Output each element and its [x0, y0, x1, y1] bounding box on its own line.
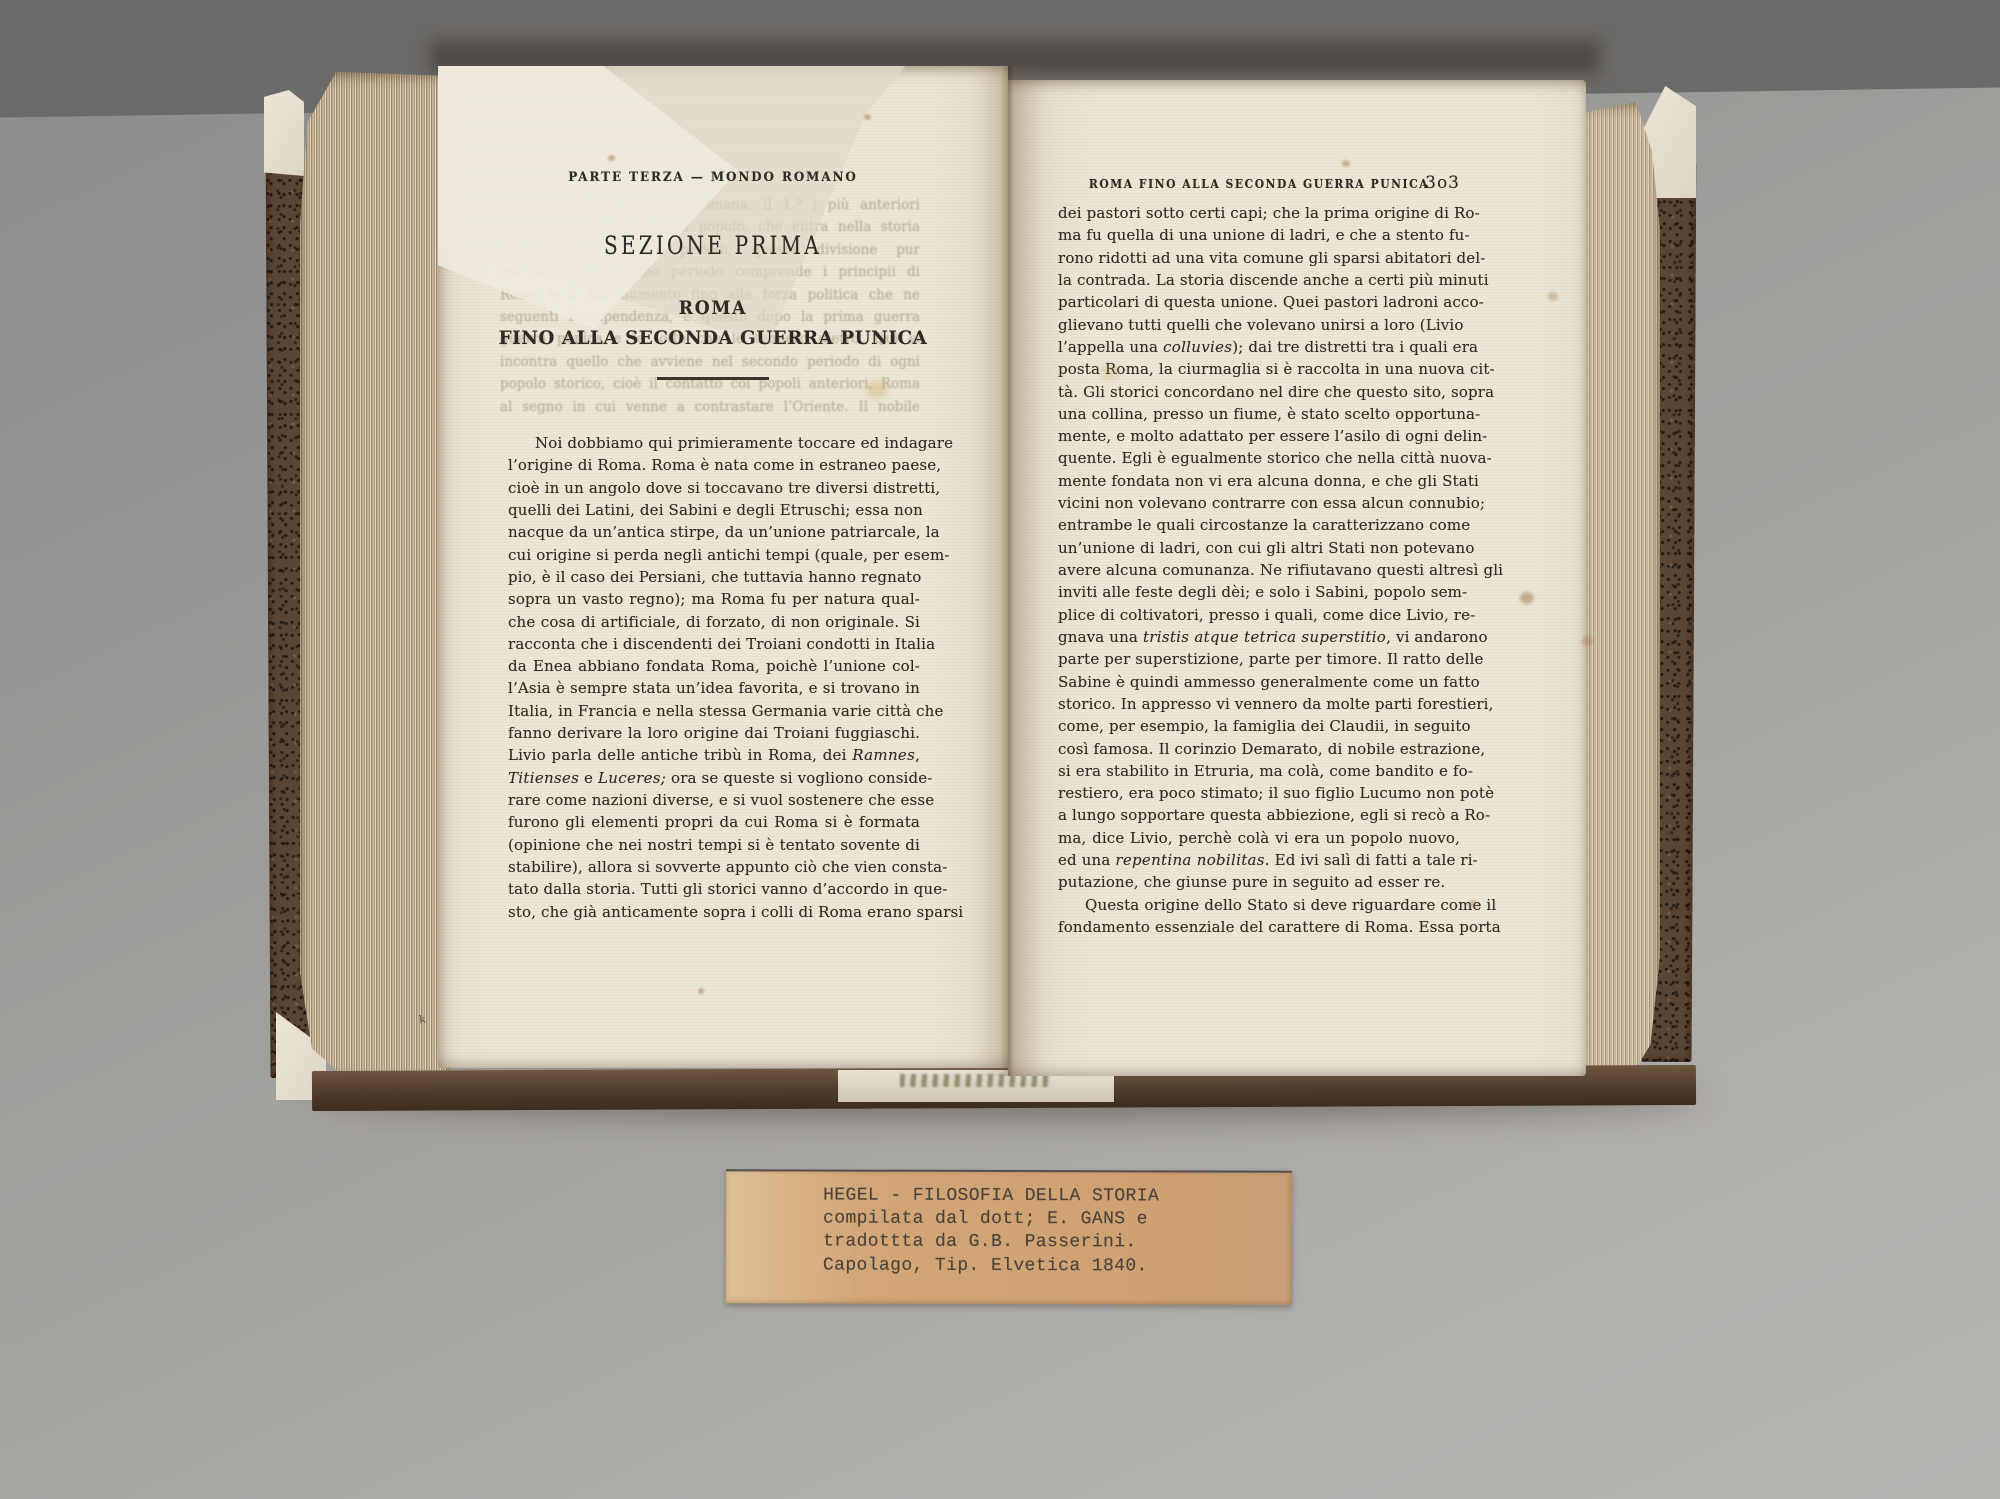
text-line: Titienses e Luceres; ora se queste si vo… [508, 767, 920, 789]
text-line: posta Roma, la ciurmaglia si è raccolta … [1058, 358, 1460, 380]
text-line: (opinione che nei nostri tempi si è tent… [508, 834, 920, 856]
text-line: la contrada. La storia discende anche a … [1058, 269, 1460, 291]
text-line: furono gli elementi propri da cui Roma s… [508, 811, 920, 833]
title-divider-rule [657, 377, 769, 380]
text-line: l’origine di Roma. Roma è nata come in e… [508, 454, 920, 476]
left-page: quali dividiamo la storia romana: il 1.º… [438, 66, 1008, 1068]
typed-catalog-label: HEGEL - FILOSOFIA DELLA STORIAcompilata … [726, 1169, 1292, 1304]
text-line: parte per superstizione, parte per timor… [1058, 648, 1460, 670]
running-header-left: PARTE TERZA — MONDO ROMANO [524, 170, 901, 185]
label-text-line: tradottta da G.B. Passerini. [823, 1231, 1159, 1255]
text-line: ma, dice Livio, perchè colà vi era un po… [1058, 827, 1460, 849]
text-line: fanno derivare la loro origine dai Troia… [508, 722, 920, 744]
text-line: inviti alle feste degli dèi; e solo i Sa… [1058, 581, 1460, 603]
text-line: ed una repentina nobilitas. Ed ivi salì … [1058, 849, 1460, 871]
show-through-line: al segno in cui venne a contrastare l’Or… [500, 396, 920, 418]
text-line: che cosa di artificiale, di forzato, di … [508, 611, 920, 633]
text-line: mente fondata non vi era alcuna donna, e… [1058, 470, 1460, 492]
running-header-right: ROMA FINO ALLA SECONDA GUERRA PUNICA 3o3 [1058, 176, 1460, 193]
text-line: Sabine è quindi ammesso generalmente com… [1058, 671, 1460, 693]
text-line: fondamento essenziale del carattere di R… [1058, 916, 1460, 938]
text-line: entrambe le quali circostanze la caratte… [1058, 514, 1460, 536]
text-line: a lungo sopportare questa abbiezione, eg… [1058, 804, 1460, 826]
text-line: da Enea abbiano fondata Roma, poichè l’u… [508, 655, 920, 677]
text-line: storico. In appresso vi vennero da molte… [1058, 693, 1460, 715]
right-page: ROMA FINO ALLA SECONDA GUERRA PUNICA 3o3… [1008, 80, 1586, 1076]
text-line: quelli dei Latini, dei Sabini e degli Et… [508, 499, 920, 521]
text-line: particolari di questa unione. Quei pasto… [1058, 291, 1460, 313]
right-page-text-column: dei pastori sotto certi capi; che la pri… [1058, 202, 1460, 938]
text-line: così famosa. Il corinzio Demarato, di no… [1058, 738, 1460, 760]
section-heading: SEZIONE PRIMA [493, 232, 933, 260]
label-text-line: Capolago, Tip. Elvetica 1840. [823, 1254, 1159, 1278]
text-line: cui origine si perda negli antichi tempi… [508, 544, 920, 566]
text-line: Noi dobbiamo qui primieramente toccare e… [508, 432, 920, 454]
text-line: sto, che già anticamente sopra i colli d… [508, 901, 920, 923]
text-line: sopra un vasto regno); ma Roma fu per na… [508, 588, 920, 610]
text-line: vicini non volevano contrarre con essa a… [1058, 492, 1460, 514]
text-line: rare come nazioni diverse, e si vuol sos… [508, 789, 920, 811]
text-line: dei pastori sotto certi capi; che la pri… [1058, 202, 1460, 224]
text-line: putazione, che giunse pure in seguito ad… [1058, 871, 1460, 893]
text-line: tà. Gli storici concordano nel dire che … [1058, 381, 1460, 403]
photo-scene: quali dividiamo la storia romana: il 1.º… [0, 0, 2000, 1499]
parchment-corner-top-left [264, 90, 304, 176]
text-line: rono ridotti ad una vita comune gli spar… [1058, 247, 1460, 269]
text-line: glievano tutti quelli che volevano unirs… [1058, 314, 1460, 336]
text-line: pio, è il caso dei Persiani, che tuttavi… [508, 566, 920, 588]
text-line: quente. Egli è egualmente storico che ne… [1058, 447, 1460, 469]
text-line: l’Asia è sempre stata un’idea favorita, … [508, 677, 920, 699]
text-line: nacque da un’antica stirpe, da un’unione… [508, 521, 920, 543]
text-line: plice di coltivatori, presso i quali, co… [1058, 604, 1460, 626]
marginal-pen-mark: k [418, 914, 821, 1026]
text-line: restiero, era poco stimato; il suo figli… [1058, 782, 1460, 804]
text-line: racconta che i discendenti dei Troiani c… [508, 633, 920, 655]
text-line: una collina, presso un fiume, è stato sc… [1058, 403, 1460, 425]
text-line: tato dalla storia. Tutti gli storici van… [508, 878, 920, 900]
chapter-title: ROMA [466, 297, 961, 319]
label-text-line: compilata dal dott; E. GANS e [823, 1208, 1159, 1232]
show-through-line: incontra quello che avviene nel secondo … [500, 351, 920, 373]
label-text-block: HEGEL - FILOSOFIA DELLA STORIAcompilata … [823, 1185, 1159, 1279]
running-header-right-text: ROMA FINO ALLA SECONDA GUERRA PUNICA [1089, 176, 1429, 191]
text-line: cioè in un angolo dove si toccavano tre … [508, 477, 920, 499]
text-line: si era stabilito in Etruria, ma colà, co… [1058, 760, 1460, 782]
text-line: Questa origine dello Stato si deve rigua… [1058, 894, 1460, 916]
text-line: stabilire), allora si sovverte appunto c… [508, 856, 920, 878]
text-line: mente, e molto adattato per essere l’asi… [1058, 425, 1460, 447]
text-line: come, per esempio, la famiglia dei Claud… [1058, 715, 1460, 737]
page-edges-right-stack [1580, 102, 1660, 1084]
text-line: gnava una tristis atque tetrica supersti… [1058, 626, 1460, 648]
text-line: Italia, in Francia e nella stessa German… [508, 700, 920, 722]
page-number: 3o3 [1425, 173, 1460, 193]
label-text-line: HEGEL - FILOSOFIA DELLA STORIA [823, 1185, 1159, 1209]
text-line: un’unione di ladri, con cui gli altri St… [1058, 537, 1460, 559]
text-line: Livio parla delle antiche tribù in Roma,… [508, 744, 920, 766]
text-line: ma fu quella di una unione di ladri, e c… [1058, 224, 1460, 246]
text-line: avere alcuna comunanza. Ne rifiutavano q… [1058, 559, 1460, 581]
chapter-subtitle: FINO ALLA SECONDA GUERRA PUNICA [449, 327, 977, 349]
left-page-text-column: Noi dobbiamo qui primieramente toccare e… [508, 432, 920, 923]
text-line: l’appella una colluvies); dai tre distre… [1058, 336, 1460, 358]
page-edges-left-stack [300, 72, 450, 1084]
